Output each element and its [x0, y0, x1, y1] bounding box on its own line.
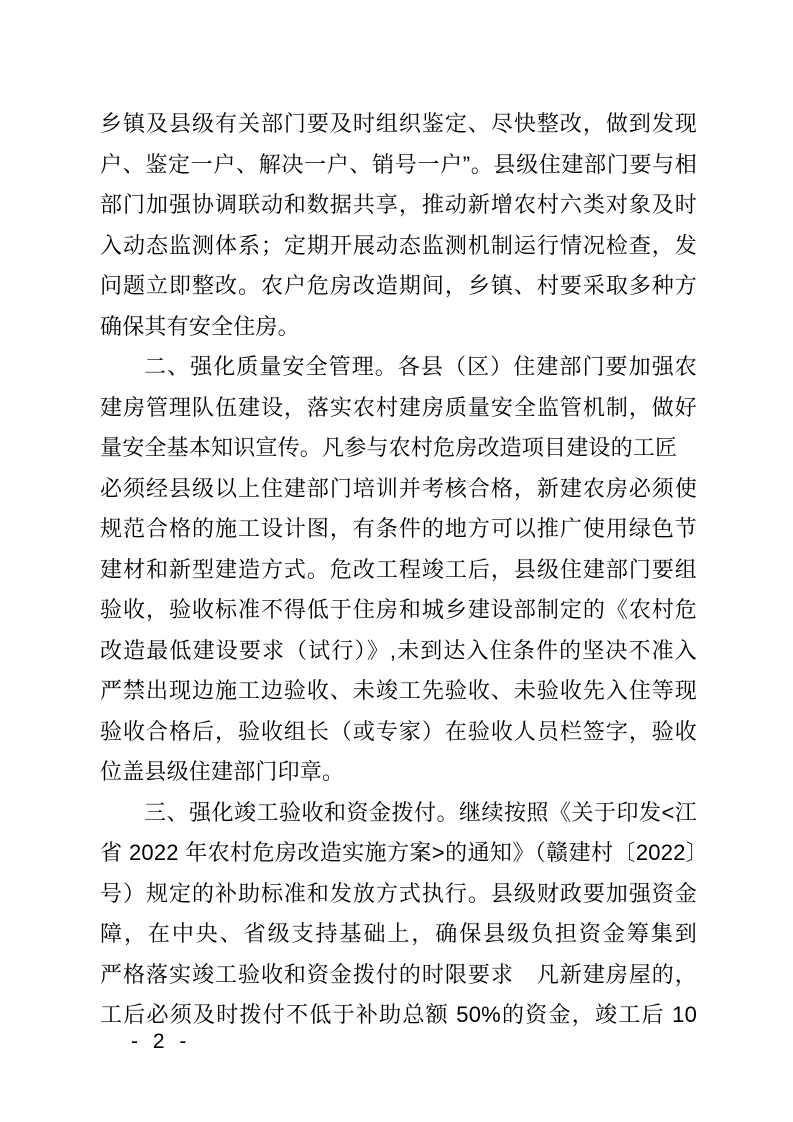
document-body: 乡镇及县级有关部门要及时组织鉴定、尽快整改，做到发现一 户、鉴定一户、解决一户、… [100, 104, 697, 1036]
text-line: 问题立即整改。农户危房改造期间，乡镇、村要采取多种方式 [100, 266, 697, 307]
text-line: 位盖县级住建部门印章。 [100, 752, 697, 793]
text-line: 严格落实竣工验收和资金拨付的时限要求 凡新建房屋的，开 [100, 955, 697, 996]
text-line: 入动态监测体系；定期开展动态监测机制运行情况检查，发现 [100, 226, 697, 267]
paragraph-continuation: 乡镇及县级有关部门要及时组织鉴定、尽快整改，做到发现一 户、鉴定一户、解决一户、… [100, 104, 697, 347]
document-page: 乡镇及县级有关部门要及时组织鉴定、尽快整改，做到发现一 户、鉴定一户、解决一户、… [0, 0, 793, 1122]
text-line: 改造最低建设要求（试行）》,未到达入住条件的坚决不准入住， [100, 631, 697, 672]
text-line: 二、强化质量安全管理。各县（区）住建部门要加强农村 [100, 347, 697, 388]
text-line: 省 2022 年农村危房改造实施方案>的通知》（赣建村〔2022〕8 [100, 833, 697, 874]
text-line: 乡镇及县级有关部门要及时组织鉴定、尽快整改，做到发现一 [100, 104, 697, 145]
text-line: 障，在中央、省级支持基础上，确保县级负担资金筹集到位。 [100, 914, 697, 955]
text-line: 必须经县级以上住建部门培训并考核合格，新建农房必须使用 [100, 469, 697, 510]
paragraph-funds: 三、强化竣工验收和资金拨付。继续按照《关于印发<江西 省 2022 年农村危房改… [100, 793, 697, 1036]
text-line: 建材和新型建造方式。危改工程竣工后，县级住建部门要组织 [100, 550, 697, 591]
text-line: 验收合格后，验收组长（或专家）在验收人员栏签字，验收单 [100, 712, 697, 753]
text-line: 号）规定的补助标准和发放方式执行。县级财政要加强资金保 [100, 874, 697, 915]
text-line: 验收，验收标准不得低于住房和城乡建设部制定的《农村危房 [100, 590, 697, 631]
paragraph-quality-safety: 二、强化质量安全管理。各县（区）住建部门要加强农村 建房管理队伍建设，落实农村建… [100, 347, 697, 793]
text-line: 量安全基本知识宣传。凡参与农村危房改造项目建设的工匠 [100, 428, 697, 469]
page-number: - 2 - [131, 1031, 187, 1053]
text-line: 确保其有安全住房。 [100, 307, 697, 348]
text-line: 工后必须及时拨付不低于补助总额 50%的资金，竣工后 10 个工 [100, 995, 697, 1036]
text-line: 部门加强协调联动和数据共享，推动新增农村六类对象及时纳 [100, 185, 697, 226]
text-line: 三、强化竣工验收和资金拨付。继续按照《关于印发<江西 [100, 793, 697, 834]
text-line: 规范合格的施工设计图，有条件的地方可以推广使用绿色节能 [100, 509, 697, 550]
text-line: 建房管理队伍建设，落实农村建房质量安全监管机制，做好质 [100, 388, 697, 429]
text-line: 户、鉴定一户、解决一户、销号一户”。县级住建部门要与相关 [100, 145, 697, 186]
text-line: 严禁出现边施工边验收、未竣工先验收、未验收先入住等现象。 [100, 671, 697, 712]
